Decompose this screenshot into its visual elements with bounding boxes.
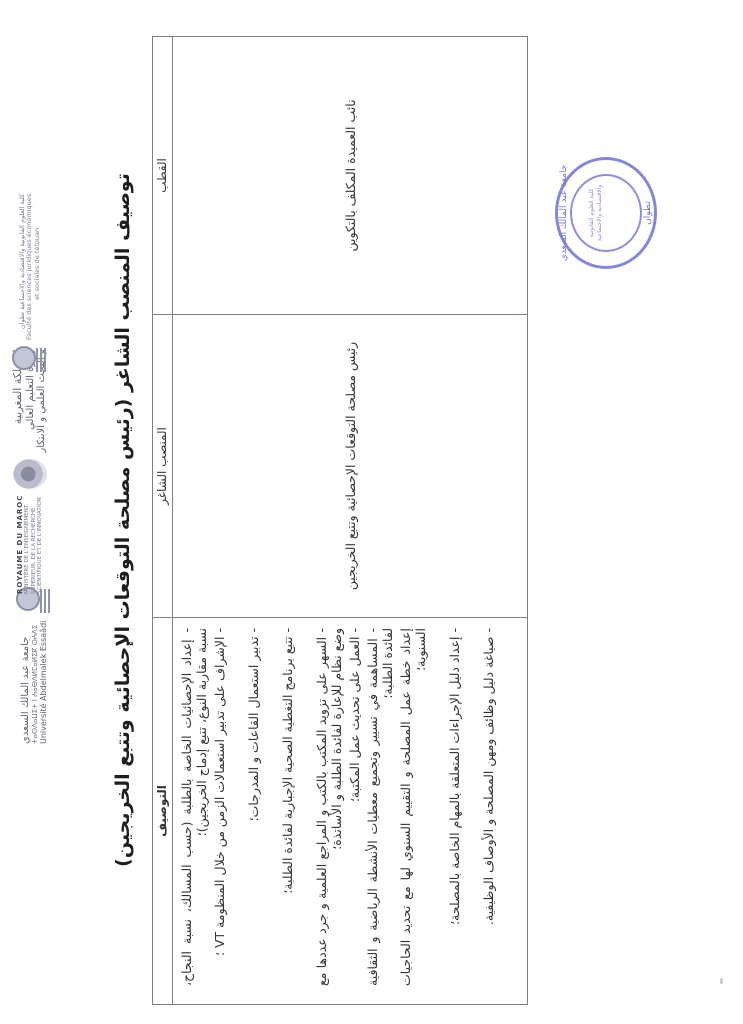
- university-name-arabic: جامعة عبد المالك السعدي: [20, 621, 32, 744]
- description-item: - صياغة دليل وظائف ومهن المصلحة و الأوصا…: [481, 628, 496, 986]
- faculty-emblem-icon: [10, 346, 50, 374]
- document-page: جامعة عبد المالك السعدي ⵜⴰⵙⴷⴰⵡⵉⵜ ⵏ ⵄⴰⴱⴷⵍ…: [0, 0, 743, 1024]
- cell-pole: نائب العميدة المكلف بالتكوين: [173, 37, 527, 315]
- page-title: توصيف المنصب الشاغر (رئيس مصلحة التوقعات…: [112, 36, 134, 1004]
- column-header-pole: القطب: [153, 37, 173, 315]
- description-item: - العمل على تحديث عمل المكتبة؛: [347, 628, 362, 986]
- job-description-table: القطب المنصب الشاغر التوصيف نائب العميدة…: [152, 36, 528, 1005]
- ministry-logo: ROYAUME DU MAROC MINISTÈRE DE L'ENSEIGNE…: [12, 349, 48, 594]
- university-name-french: Université Abdelmalek Essaâdi: [39, 621, 48, 744]
- column-header-position: المنصب الشاغر: [153, 315, 173, 618]
- description-item: - إعداد دليل الإجراءات المتعلقة بالمهام …: [447, 628, 462, 986]
- faculty-name: كلية العلوم القانونية والاقتصادية والاجت…: [19, 194, 41, 340]
- cell-description: - إعداد الإحصائيات الخاصة بالطلبة (حسب ا…: [173, 618, 527, 1004]
- description-item: - تتبع برنامج التغطية الصحية الإجبارية ل…: [280, 628, 295, 986]
- description-item: - الإشراف على تدبير استعمالات الزمن من خ…: [212, 628, 227, 986]
- stamp-inner-ring: [570, 174, 642, 252]
- stamp-ring-top: جامعة عبد المالك السعدي: [559, 160, 569, 266]
- coat-of-arms-icon: [13, 459, 47, 489]
- stamp-ring-bottom: تطوان: [643, 160, 653, 266]
- description-item: - السهر على تزويد المكتب بالكتب و المراج…: [314, 628, 344, 986]
- cell-position: رئيس مصلحة التوقعات الإحصائية وتتبع الخر…: [173, 315, 527, 618]
- faculty-logo: كلية العلوم القانونية والاقتصادية والاجت…: [10, 194, 50, 374]
- description-item: - المساهمة في تسيير وتجميع معطيات الأنشط…: [365, 628, 395, 986]
- university-name: جامعة عبد المالك السعدي ⵜⴰⵙⴷⴰⵡⵉⵜ ⵏ ⵄⴰⴱⴷⵍ…: [20, 621, 49, 744]
- ministry-name-french: ROYAUME DU MAROC MINISTÈRE DE L'ENSEIGNE…: [16, 495, 43, 594]
- scan-artifact: [720, 978, 723, 984]
- stamp-center-text: كلية العلوم القانونية والاقتصادية والاجت…: [588, 182, 604, 244]
- column-header-description: التوصيف: [153, 618, 173, 1004]
- university-name-amazigh: ⵜⴰⵙⴷⴰⵡⵉⵜ ⵏ ⵄⴰⴱⴷⵍⵎⴰⵍⵉⴽ ⵙⵄⴷⵉ: [31, 621, 39, 744]
- description-item: - تدبير استعمال القاعات و المدرجات؛: [246, 628, 261, 986]
- official-stamp: جامعة عبد المالك السعدي كلية العلوم القا…: [555, 157, 657, 269]
- description-item: - إعداد الإحصائيات الخاصة بالطلبة (حسب ا…: [179, 628, 209, 986]
- description-item: إعداد خطة عمل المصلحة و التقييم السنوي ل…: [398, 628, 428, 986]
- university-logo: جامعة عبد المالك السعدي ⵜⴰⵙⴷⴰⵡⵉⵜ ⵏ ⵄⴰⴱⴷⵍ…: [14, 587, 54, 744]
